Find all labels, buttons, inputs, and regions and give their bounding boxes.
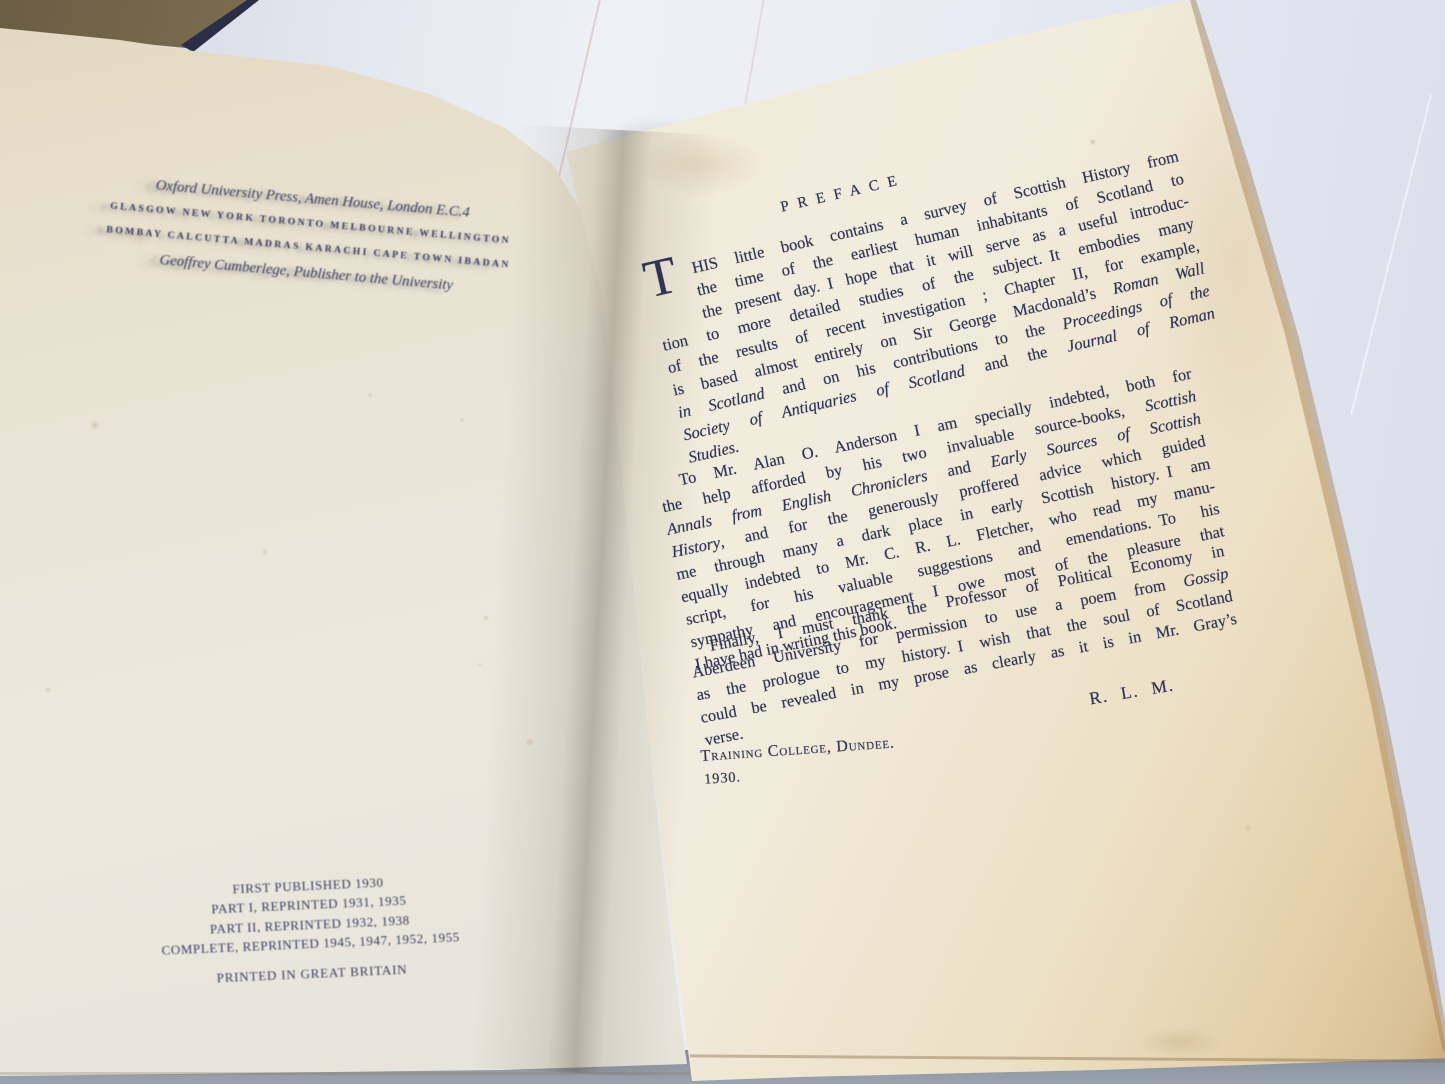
page-bottom-edge xyxy=(0,1072,690,1075)
book-photograph: Oxford University Press, Amen House, Lon… xyxy=(0,0,1445,1084)
printing-history: FIRST PUBLISHED 1930PART I, REPRINTED 19… xyxy=(126,868,494,990)
printing-history-lines: FIRST PUBLISHED 1930PART I, REPRINTED 19… xyxy=(126,868,493,962)
